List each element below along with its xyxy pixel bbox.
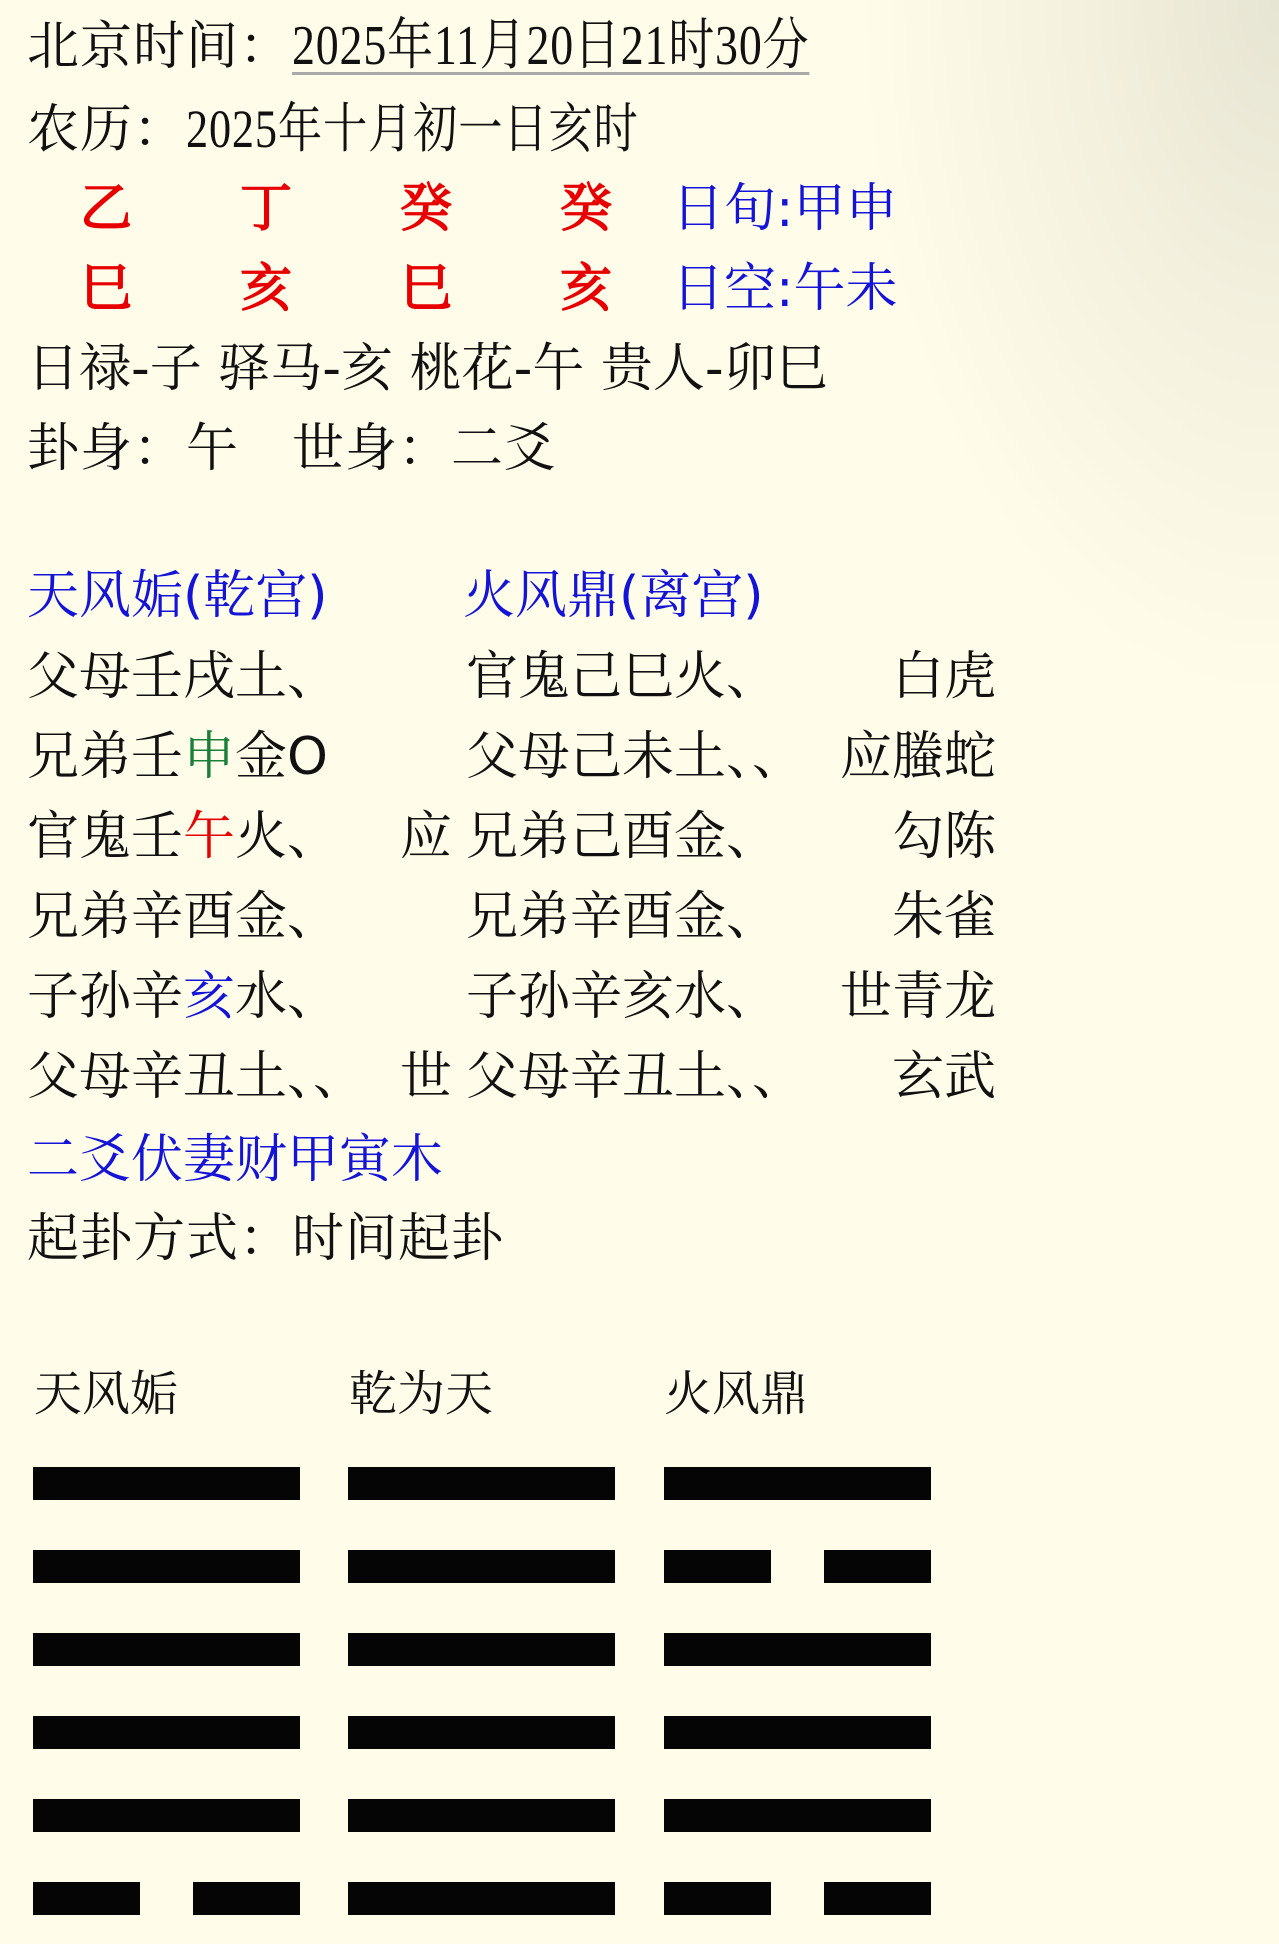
- beijing-time-value[interactable]: 2025年11月20日21时30分: [292, 20, 809, 75]
- six-god-5: 应螣蛇: [840, 727, 996, 787]
- yang-line: [664, 1633, 931, 1666]
- yang-line: [348, 1799, 615, 1832]
- main-yao-6: 父母壬戌土、: [27, 647, 339, 707]
- changed-hexagram-title: 火风鼎(离宫): [463, 566, 764, 626]
- yao-branch-highlight: 亥: [183, 967, 235, 1027]
- main-yao-5: 兄弟壬申金O: [27, 727, 328, 787]
- six-god-6: 白虎: [892, 647, 996, 707]
- method-value: 时间起卦: [292, 1209, 504, 1269]
- shi-shen-value: 二爻: [451, 419, 557, 479]
- year-stem: 乙: [80, 179, 132, 239]
- yao-branch: 戌: [183, 647, 235, 707]
- main-yao-3: 兄弟辛酉金、: [27, 887, 339, 947]
- shensha-row: 日禄-子 驿马-亥 桃花-午 贵人-卯巳: [27, 339, 828, 399]
- ying-mark: 应: [400, 807, 452, 867]
- six-god-3: 朱雀: [892, 887, 996, 947]
- day-branch: 巳: [400, 259, 452, 319]
- yao-element: 水、: [235, 967, 339, 1027]
- main-yao-4: 官鬼壬午火、: [27, 807, 339, 867]
- beijing-time-row: 北京时间：2025年11月20日21时30分: [27, 17, 923, 77]
- changed-yao-1: 父母辛丑土、、: [466, 1047, 804, 1107]
- yao-branch: 丑: [183, 1047, 235, 1107]
- yang-line: [664, 1716, 931, 1749]
- beijing-time-label: 北京时间：: [27, 17, 292, 77]
- yang-line: [33, 1799, 300, 1832]
- yao-relation: 兄弟壬: [27, 727, 183, 787]
- yang-line: [33, 1716, 300, 1749]
- yin-line-segment: [193, 1882, 300, 1915]
- gua-shen-value: 午: [186, 419, 239, 479]
- yang-line: [33, 1633, 300, 1666]
- six-god-4: 勾陈: [892, 807, 996, 867]
- diagram-label-changed: 火风鼎: [664, 1366, 808, 1422]
- changed-yao-2: 子孙辛亥水、: [466, 967, 778, 1027]
- yin-line-segment: [824, 1550, 931, 1583]
- six-god-1: 玄武: [892, 1047, 996, 1107]
- month-stem: 丁: [240, 179, 292, 239]
- yao-branch-highlight: 午: [183, 807, 235, 867]
- yao-element: 金、: [235, 887, 339, 947]
- hour-stem: 癸: [560, 179, 612, 239]
- yin-line-segment: [664, 1882, 771, 1915]
- yang-line: [348, 1882, 615, 1915]
- lunar-date-row: 农历：2025年十月初一日亥时: [27, 99, 738, 159]
- yang-line: [664, 1467, 931, 1500]
- yin-line-segment: [664, 1550, 771, 1583]
- yang-line: [348, 1633, 615, 1666]
- yang-line: [33, 1467, 300, 1500]
- changed-yao-3: 兄弟辛酉金、: [466, 887, 778, 947]
- gua-shen-label: 卦身：: [27, 419, 186, 479]
- yang-line: [348, 1716, 615, 1749]
- yin-line-segment: [33, 1882, 140, 1915]
- method-row: 起卦方式：时间起卦: [27, 1209, 504, 1269]
- changed-yao-4: 兄弟己酉金、: [466, 807, 778, 867]
- six-god-2: 世青龙: [840, 967, 996, 1027]
- yao-element: 火、: [235, 807, 339, 867]
- main-yao-2: 子孙辛亥水、: [27, 967, 339, 1027]
- shi-shen-label: 世身：: [292, 419, 451, 479]
- yang-line: [664, 1799, 931, 1832]
- yao-relation: 父母辛: [27, 1047, 183, 1107]
- shi-mark: 世: [400, 1047, 452, 1107]
- month-branch: 亥: [240, 259, 292, 319]
- yin-line-segment: [824, 1882, 931, 1915]
- diagram-label-mutual: 乾为天: [349, 1366, 493, 1422]
- yao-branch-highlight: 申: [183, 727, 235, 787]
- changed-yao-5: 父母己未土、、: [466, 727, 804, 787]
- lunar-label: 农历：: [27, 100, 186, 160]
- lunar-value: 2025年十月初一日亥时: [186, 99, 639, 159]
- shi-shen: 世身：二爻: [292, 419, 557, 479]
- yang-line: [33, 1550, 300, 1583]
- main-hexagram-title: 天风姤(乾宫): [27, 566, 328, 626]
- diagram-label-main: 天风姤: [34, 1366, 178, 1422]
- yao-relation: 官鬼壬: [27, 807, 183, 867]
- hidden-spirit: 二爻伏妻财甲寅木: [27, 1130, 443, 1190]
- yao-element: 土、、: [235, 1047, 365, 1107]
- yao-branch: 酉: [183, 887, 235, 947]
- yao-relation: 兄弟辛: [27, 887, 183, 947]
- yao-element-moving: 金O: [235, 727, 328, 787]
- day-kong: 日空:午未: [672, 259, 898, 319]
- yang-line: [348, 1467, 615, 1500]
- day-xun: 日旬:甲申: [672, 179, 898, 239]
- method-label: 起卦方式：: [27, 1209, 292, 1269]
- yang-line: [348, 1550, 615, 1583]
- yao-relation: 子孙辛: [27, 967, 183, 1027]
- yao-element: 土、: [235, 647, 339, 707]
- year-branch: 巳: [80, 259, 132, 319]
- changed-yao-6: 官鬼己巳火、: [466, 647, 778, 707]
- main-yao-1: 父母辛丑土、、: [27, 1047, 365, 1107]
- body-row: 卦身：午 世身：二爻: [27, 419, 239, 479]
- yao-relation: 父母壬: [27, 647, 183, 707]
- day-stem: 癸: [400, 179, 452, 239]
- hour-branch: 亥: [560, 259, 612, 319]
